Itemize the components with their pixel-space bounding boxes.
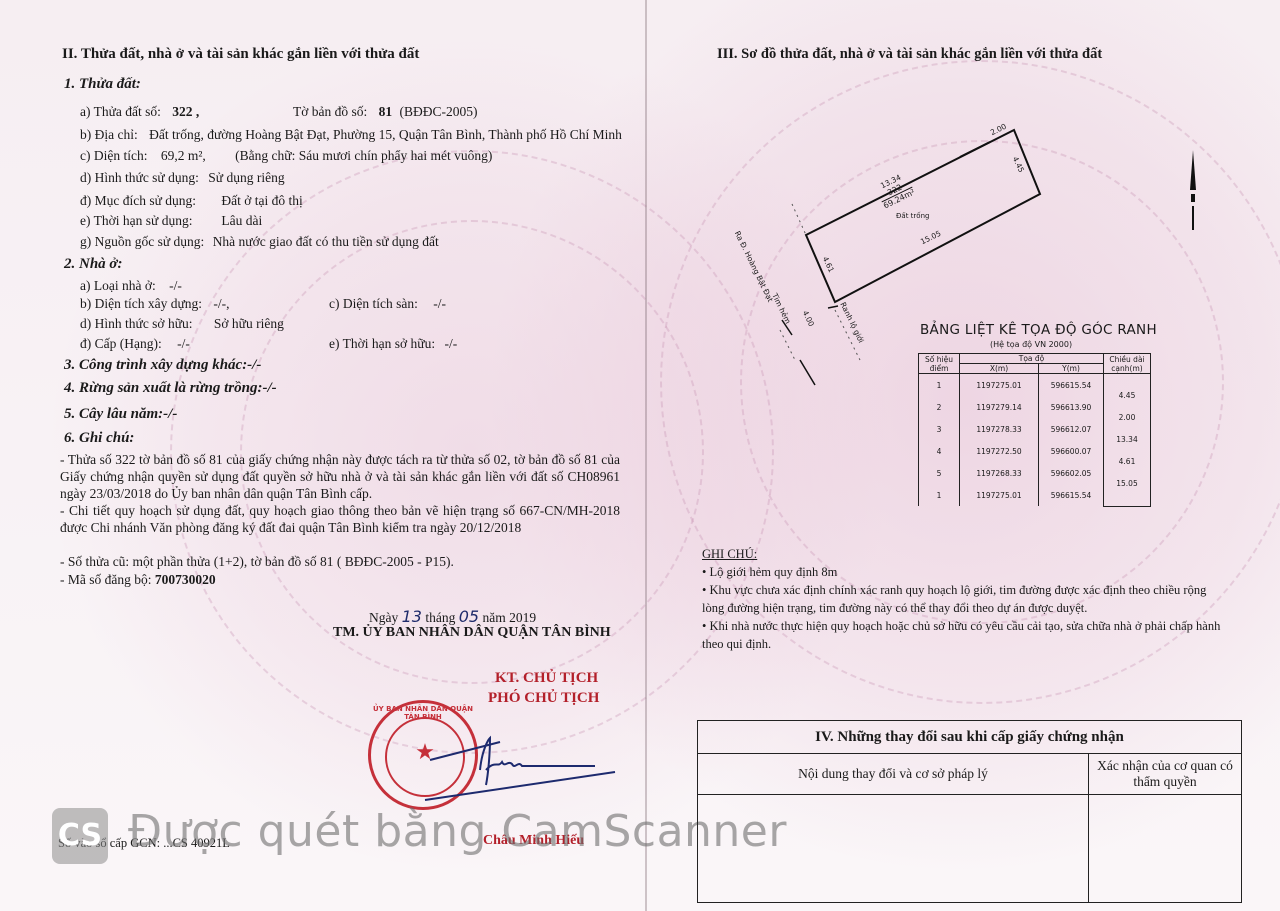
use-form-row: d) Hình thức sử dụng: Sử dụng riêng	[80, 170, 285, 186]
edge-length: 2.00	[1104, 407, 1150, 429]
floor-area-label: c) Diện tích sàn:	[329, 296, 418, 311]
note-item: • Lộ giới hẻm quy định 8m	[702, 563, 1222, 581]
coord-point: 5	[919, 462, 960, 484]
grade-value: -/-	[177, 336, 190, 351]
coord-point: 4	[919, 440, 960, 462]
coord-table-subtitle: (Hệ tọa độ VN 2000)	[990, 340, 1072, 349]
built-area-label: b) Diện tích xây dựng:	[80, 296, 202, 311]
map-sheet-note: (BĐĐC-2005)	[400, 104, 478, 119]
signature-icon	[420, 730, 620, 810]
edge-length: 15.05	[1104, 473, 1150, 495]
purpose-row: đ) Mục đích sử dụng: Đất ở tại đô thị	[80, 193, 303, 209]
coord-point: 1	[919, 374, 960, 397]
col-y: Y(m)	[1039, 364, 1104, 374]
map-sheet-row: Tờ bản đồ số: 81 (BĐĐC-2005)	[293, 104, 478, 120]
floor-area-value: -/-	[433, 296, 446, 311]
edge-length: 4.45	[1104, 385, 1150, 407]
camscanner-logo-icon: CS	[52, 808, 108, 864]
house-type-value: -/-	[169, 278, 182, 293]
purpose-value: Đất ở tại đô thị	[221, 193, 302, 208]
month-label: tháng	[425, 610, 455, 625]
coord-table-title: BẢNG LIỆT KÊ TỌA ĐỘ GÓC RANH	[920, 322, 1157, 338]
note-text: Khi nhà nước thực hiện quy hoạch hoặc ch…	[702, 619, 1220, 651]
term-label: e) Thời hạn sử dụng:	[80, 213, 218, 229]
coord-row: 11197275.01596615.544.452.0013.344.6115.…	[919, 374, 1151, 397]
ownership-value: Sở hữu riêng	[214, 316, 284, 331]
coord-y: 596612.07	[1039, 418, 1104, 440]
changes-confirmation-cell	[1089, 795, 1242, 903]
grade-label: đ) Cấp (Hạng):	[80, 336, 162, 351]
coord-x: 1197275.01	[960, 484, 1039, 506]
changes-title: IV. Những thay đổi sau khi cấp giấy chứn…	[698, 721, 1242, 754]
north-arrow-icon	[1186, 150, 1200, 230]
scanner-watermark: Được quét bằng CamScanner	[128, 806, 787, 857]
map-sheet-label: Tờ bản đồ số:	[293, 104, 367, 119]
edge-length-column: 4.452.0013.344.6115.05	[1104, 374, 1151, 507]
edge-length: 13.34	[1104, 429, 1150, 451]
coord-y: 596613.90	[1039, 396, 1104, 418]
perennial-trees: 5. Cây lâu năm:-/-	[64, 406, 177, 423]
parcel-number-row: a) Thửa đất số: 322 ,	[80, 104, 199, 120]
signing-date: Ngày 13 tháng 05 năm 2019	[369, 607, 536, 626]
purpose-label: đ) Mục đích sử dụng:	[80, 193, 218, 209]
area-value: 69,2 m²,	[161, 148, 206, 163]
section-title-iii: III. Sơ đồ thửa đất, nhà ở và tài sản kh…	[717, 46, 1102, 63]
registry-code-label: - Mã số đăng bộ:	[60, 572, 155, 587]
signer-role-1: KT. CHỦ TỊCH	[495, 670, 598, 687]
note-text: Khu vực chưa xác định chính xác ranh quy…	[702, 583, 1206, 615]
coord-point: 1	[919, 484, 960, 506]
area-in-words: (Bằng chữ: Sáu mươi chín phẩy hai mét vu…	[235, 148, 492, 163]
section-title-ii: II. Thửa đất, nhà ở và tài sản khác gắn …	[62, 46, 419, 63]
changes-col-confirmation: Xác nhận của cơ quan có thẩm quyền	[1089, 754, 1242, 795]
diagram-notes: GHI CHÚ: • Lộ giới hẻm quy định 8m • Khu…	[702, 545, 1222, 653]
col-point: Số hiệu điểm	[919, 354, 960, 374]
map-sheet-number: 81	[379, 104, 393, 119]
signing-month: 05	[459, 607, 479, 626]
built-area-row: b) Diện tích xây dựng: -/-,	[80, 296, 230, 312]
floor-area-row: c) Diện tích sàn: -/-	[329, 296, 446, 312]
origin-value: Nhà nước giao đất có thu tiền sử dụng đấ…	[213, 234, 439, 249]
col-x: X(m)	[960, 364, 1039, 374]
address-row: b) Địa chỉ: Đất trống, đường Hoàng Bật Đ…	[80, 127, 622, 143]
term-value: Lâu dài	[221, 213, 262, 228]
own-term-label: e) Thời hạn sở hữu:	[329, 336, 435, 351]
signing-year: năm 2019	[482, 610, 536, 625]
notes-heading: 6. Ghi chú:	[64, 430, 134, 447]
date-prefix: Ngày	[369, 610, 398, 625]
coord-y: 596600.07	[1039, 440, 1104, 462]
signer-role-2: PHÓ CHỦ TỊCH	[488, 690, 599, 707]
origin-label: g) Nguồn gốc sử dụng:	[80, 234, 204, 249]
signing-day: 13	[402, 607, 422, 626]
ownership-row: d) Hình thức sở hữu: Sở hữu riêng	[80, 316, 284, 332]
house-type-row: a) Loại nhà ở: -/-	[80, 278, 182, 294]
coord-y: 596602.05	[1039, 462, 1104, 484]
built-area-value: -/-,	[213, 296, 229, 311]
coord-y: 596615.54	[1039, 374, 1104, 397]
note-4: - Mã số đăng bộ: 700730020	[60, 571, 620, 588]
edge-length: 4.61	[1104, 451, 1150, 473]
use-form-value: Sử dụng riêng	[208, 170, 284, 185]
page-fold	[645, 0, 647, 911]
note-3: - Số thửa cũ: một phần thửa (1+2), tờ bả…	[60, 553, 620, 570]
area-row: c) Diện tích: 69,2 m², (Bằng chữ: Sáu mư…	[80, 148, 492, 164]
use-form-label: d) Hình thức sử dụng:	[80, 170, 199, 185]
note-2: - Chi tiết quy hoạch sử dụng đất, quy ho…	[60, 502, 620, 536]
note-item: • Khu vực chưa xác định chính xác ranh q…	[702, 581, 1222, 617]
changes-table: IV. Những thay đổi sau khi cấp giấy chứn…	[697, 720, 1242, 903]
notes-heading: GHI CHÚ:	[702, 545, 1222, 563]
coord-x: 1197275.01	[960, 374, 1039, 397]
changes-content-cell	[698, 795, 1089, 903]
area-label: c) Diện tích:	[80, 148, 147, 163]
registry-code: 700730020	[155, 572, 216, 587]
term-row: e) Thời hạn sử dụng: Lâu dài	[80, 213, 262, 229]
house-heading: 2. Nhà ở:	[64, 256, 122, 273]
coord-y: 596615.54	[1039, 484, 1104, 506]
note-1: - Thửa số 322 tờ bản đồ số 81 của giấy c…	[60, 451, 620, 502]
house-type-label: a) Loại nhà ở:	[80, 278, 156, 293]
origin-row: g) Nguồn gốc sử dụng: Nhà nước giao đất …	[80, 234, 439, 250]
note-item: • Khi nhà nước thực hiện quy hoạch hoặc …	[702, 617, 1222, 653]
changes-col-content: Nội dung thay đổi và cơ sở pháp lý	[698, 754, 1089, 795]
coord-x: 1197279.14	[960, 396, 1039, 418]
col-length: Chiều dài cạnh(m)	[1104, 354, 1151, 374]
grade-row: đ) Cấp (Hạng): -/-	[80, 336, 190, 352]
land-heading: 1. Thửa đất:	[64, 76, 141, 93]
ownership-label: d) Hình thức sở hữu:	[80, 316, 193, 331]
production-forest: 4. Rừng sản xuất là rừng trồng:-/-	[64, 380, 277, 397]
parcel-number: 322 ,	[172, 104, 199, 119]
coord-x: 1197278.33	[960, 418, 1039, 440]
coord-x: 1197268.33	[960, 462, 1039, 484]
own-term-row: e) Thời hạn sở hữu: -/-	[329, 336, 457, 352]
coord-x: 1197272.50	[960, 440, 1039, 462]
own-term-value: -/-	[444, 336, 457, 351]
other-construction: 3. Công trình xây dựng khác:-/-	[64, 357, 261, 374]
issuing-authority: TM. ỦY BAN NHÂN DÂN QUẬN TÂN BÌNH	[333, 625, 611, 641]
address-value: Đất trống, đường Hoàng Bật Đạt, Phường 1…	[149, 127, 622, 142]
address-label: b) Địa chỉ:	[80, 127, 138, 142]
land-status-label: Đất trống	[896, 212, 929, 220]
coord-point: 3	[919, 418, 960, 440]
note-text: Lộ giới hẻm quy định 8m	[710, 565, 838, 579]
parcel-number-label: a) Thửa đất số:	[80, 104, 161, 119]
coord-point: 2	[919, 396, 960, 418]
coordinate-table: Số hiệu điểm Tọa độ Chiều dài cạnh(m) X(…	[918, 353, 1151, 507]
col-coords: Tọa độ	[960, 354, 1104, 364]
